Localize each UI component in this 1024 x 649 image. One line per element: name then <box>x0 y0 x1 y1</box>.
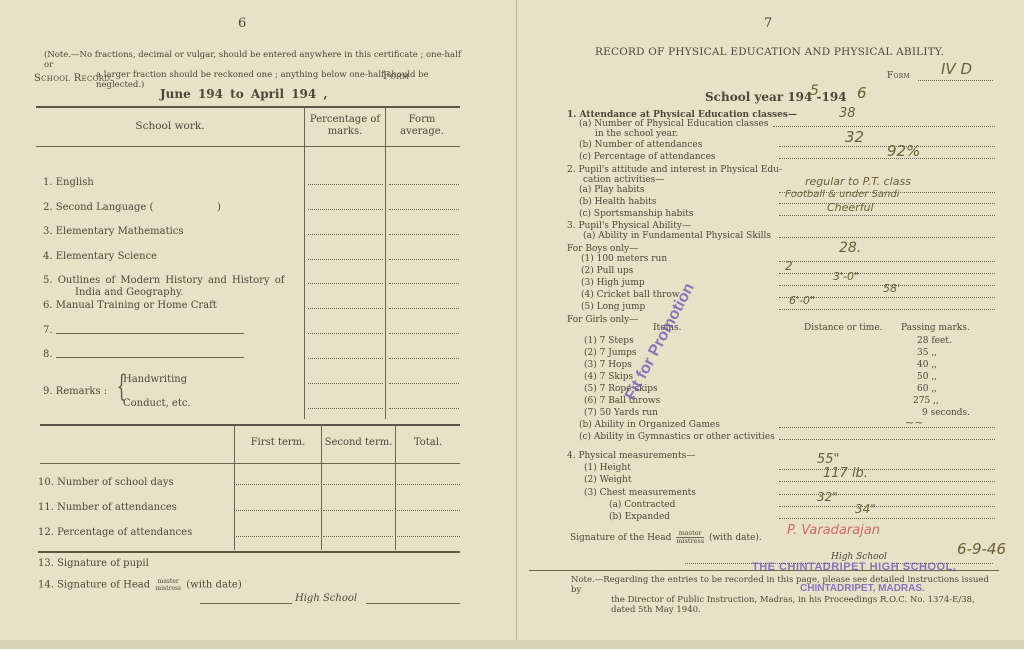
second-term-field[interactable] <box>323 484 393 485</box>
conduct-average-field[interactable] <box>389 408 459 409</box>
pe-classes-value: 38 <box>839 106 856 121</box>
measurement-value: 34" <box>855 502 876 516</box>
high-school-label: High School <box>295 593 357 604</box>
measurement-label: (2) Weight <box>584 475 632 485</box>
remarks-conduct-label: Conduct, etc. <box>123 398 191 409</box>
boys-item-field[interactable] <box>779 261 995 262</box>
subject-blank-field[interactable] <box>56 333 244 334</box>
subject-label-cont: India and Geography. <box>75 287 184 298</box>
average-field[interactable] <box>389 209 459 210</box>
section2-heading: 2. Pupil's attitude and interest in Phys… <box>567 165 782 175</box>
footer-note-line-3: dated 5th May 1940. <box>571 605 1001 615</box>
boys-item-field[interactable] <box>779 309 995 310</box>
total-field[interactable] <box>397 510 460 511</box>
average-field[interactable] <box>389 358 459 359</box>
left-page: 6 (Note.—No fractions, decimal or vulgar… <box>0 0 517 640</box>
boys-item-label: (5) Long jump <box>581 302 645 312</box>
subject-label: 3. Elementary Mathematics <box>43 226 184 237</box>
signature-date: 6-9-46 <box>957 540 1006 558</box>
header-form-average: Form average. <box>392 114 452 138</box>
page-number: 7 <box>764 16 772 31</box>
pe-classes-label-cont: in the school year. <box>595 129 678 139</box>
organized-games-field[interactable] <box>779 427 995 428</box>
school-year-label: School year 194 -194 <box>705 90 847 104</box>
second-term-field[interactable] <box>323 510 393 511</box>
girls-item-passing: 9 seconds. <box>922 408 970 418</box>
footer-note-line-2: the Director of Public Instruction, Madr… <box>571 595 1001 605</box>
header-first-term: First term. <box>235 437 321 448</box>
boys-item-label: (3) High jump <box>581 278 645 288</box>
total-field[interactable] <box>397 536 460 537</box>
girls-only-label: For Girls only— <box>567 315 638 325</box>
boys-item-value: 2 <box>785 259 793 273</box>
subject-label: 7. <box>43 325 53 336</box>
boys-item-field[interactable] <box>779 273 995 274</box>
total-field[interactable] <box>397 484 460 485</box>
pe-percentage-label: (c) Percentage of attendances <box>579 152 716 162</box>
handwriting-average-field[interactable] <box>389 383 459 384</box>
girls-item-passing: 35 ,, <box>917 348 937 358</box>
percentage-field[interactable] <box>308 333 383 334</box>
subject-label: 1. English <box>43 177 94 188</box>
head-signature-text: Signature of the Head <box>570 533 671 543</box>
measurement-field[interactable] <box>779 481 995 482</box>
health-habits-value: Football & under Sandi <box>785 189 900 200</box>
first-term-field[interactable] <box>236 484 319 485</box>
note-line-1: (Note.—No fractions, decimal or vulgar, … <box>44 50 464 70</box>
average-field[interactable] <box>389 234 459 235</box>
fundamental-skills-field[interactable] <box>779 237 995 238</box>
organized-games-label: (b) Ability in Organized Games <box>579 420 720 430</box>
school-stamp-line-1: THE CHINTADRIPET HIGH SCHOOL, <box>752 561 956 573</box>
girls-item-passing: 60 ,, <box>917 384 937 394</box>
play-habits-label: (a) Play habits <box>579 185 645 195</box>
remarks-handwriting-label: Handwriting <box>123 374 187 385</box>
girls-header-distance: Distance or time. <box>804 323 883 333</box>
rule <box>38 551 460 553</box>
master-label: master <box>155 578 181 585</box>
fundamental-skills-label: (a) Ability in Fundamental Physical Skil… <box>583 231 771 241</box>
with-date-label: (with date). <box>709 533 762 543</box>
sportsmanship-field[interactable] <box>779 215 995 216</box>
school-year-start-value: 5 <box>810 83 819 99</box>
subject-label: 8. <box>43 349 53 360</box>
signature-line[interactable] <box>366 603 460 604</box>
attendance-label: 11. Number of attendances <box>38 502 177 513</box>
signature-head-label: 14. Signature of Head master mistress (w… <box>38 578 242 592</box>
right-page: 7 RECORD OF PHYSICAL EDUCATION AND PHYSI… <box>517 0 1024 640</box>
second-term-field[interactable] <box>323 536 393 537</box>
signature-head-text: 14. Signature of Head <box>38 580 150 591</box>
girls-item-label: (1) 7 Steps <box>584 336 634 346</box>
health-habits-field[interactable] <box>779 203 995 204</box>
average-field[interactable] <box>389 259 459 260</box>
girls-item-passing: 50 ,, <box>917 372 937 382</box>
signature-line[interactable] <box>200 603 292 604</box>
footer-note-line-1: Note.—Regarding the entries to be record… <box>571 575 1001 595</box>
measurement-label: (a) Contracted <box>609 500 675 510</box>
pe-attendances-value: 32 <box>845 128 864 146</box>
girls-item-label: (7) 50 Yards run <box>584 408 658 418</box>
percentage-field[interactable] <box>308 184 383 185</box>
play-habits-value: regular to P.T. class <box>805 175 911 188</box>
girls-item-label: (2) 7 Jumps <box>584 348 637 358</box>
first-term-field[interactable] <box>236 536 319 537</box>
header-second-term: Second term. <box>322 437 395 448</box>
section3-heading: 3. Pupil's Physical Ability— <box>567 221 691 231</box>
boys-only-label: For Boys only— <box>567 244 638 254</box>
pe-percentage-value: 92% <box>887 142 920 160</box>
gymnastics-field[interactable] <box>779 439 995 440</box>
form-label: Form <box>383 71 409 82</box>
percentage-field[interactable] <box>308 259 383 260</box>
rule <box>36 106 460 108</box>
measurement-value: 32" <box>817 490 838 504</box>
boys-item-label: (4) Cricket ball throw <box>581 290 680 300</box>
organized-games-value: ~~ <box>905 416 923 429</box>
average-field[interactable] <box>389 283 459 284</box>
subject-label: 2. Second Language ( ) <box>43 202 221 213</box>
form-label: Form <box>887 71 910 81</box>
girls-item-label: (4) 7 Skips <box>584 372 633 382</box>
rule <box>40 463 460 464</box>
percentage-field[interactable] <box>308 308 383 309</box>
period-heading: June 194 to April 194 , <box>160 87 328 101</box>
attendance-label: 10. Number of school days <box>38 477 174 488</box>
boys-item-value: 28. <box>839 240 861 256</box>
average-field[interactable] <box>389 184 459 185</box>
header-total: Total. <box>396 437 460 448</box>
signature-pupil-label: 13. Signature of pupil <box>38 558 149 569</box>
measurement-label: (1) Height <box>584 463 631 473</box>
subject-label: 5. Outlines of Modern History and Histor… <box>43 275 284 286</box>
header-percentage: Percentage of marks. <box>305 114 385 138</box>
boys-item-label: (2) Pull ups <box>581 266 633 276</box>
boys-item-value: 58' <box>883 282 900 295</box>
footer-note: Note.—Regarding the entries to be record… <box>571 575 1001 615</box>
girls-item-label: (6) 7 Ball throws <box>584 396 660 406</box>
measurement-label: (b) Expanded <box>609 512 670 522</box>
measurement-field[interactable] <box>779 518 995 519</box>
pe-classes-label: (a) Number of Physical Education classes <box>579 119 768 129</box>
rule <box>40 424 460 426</box>
girls-item-label: (3) 7 Hops <box>584 360 632 370</box>
measurement-field[interactable] <box>779 469 995 470</box>
average-field[interactable] <box>389 308 459 309</box>
header-school-work: School work. <box>36 120 304 132</box>
school-year-end-value: 6 <box>857 84 867 102</box>
rule <box>36 146 460 147</box>
subject-blank-field[interactable] <box>56 357 244 358</box>
attendance-label: 12. Percentage of attendances <box>38 527 192 538</box>
pe-classes-field[interactable] <box>773 126 995 127</box>
column-divider <box>304 106 305 419</box>
column-divider <box>385 106 386 419</box>
headmaster-signature: P. Varadarajan <box>787 523 880 538</box>
section4-heading: 4. Physical measurements— <box>567 451 695 461</box>
mistress-label: mistress <box>676 538 704 545</box>
health-habits-label: (b) Health habits <box>579 197 656 207</box>
percentage-field[interactable] <box>308 209 383 210</box>
gymnastics-label: (c) Ability in Gymnastics or other activ… <box>579 432 775 442</box>
page-number: 6 <box>238 16 246 31</box>
with-date-label: (with date) <box>186 580 242 591</box>
page-title: RECORD OF PHYSICAL EDUCATION AND PHYSICA… <box>595 46 944 58</box>
boys-item-value: 3'-0" <box>833 270 859 283</box>
boys-item-value: 6'-0" <box>789 294 815 307</box>
subject-label: 6. Manual Training or Home Craft <box>43 300 217 311</box>
measurement-field[interactable] <box>779 506 995 507</box>
average-field[interactable] <box>389 333 459 334</box>
form-field[interactable] <box>918 80 993 81</box>
girls-header-passing: Passing marks. <box>901 323 970 333</box>
school-stamp-line-2: CHINTADRIPET, MADRAS. <box>800 583 925 594</box>
girls-item-passing: 28 feet. <box>917 336 952 346</box>
school-year-heading: School year 194 -194 <box>705 90 847 104</box>
conduct-field[interactable] <box>308 408 383 409</box>
percentage-field[interactable] <box>308 358 383 359</box>
measurement-value: 55" <box>817 452 840 467</box>
mistress-label: mistress <box>155 585 181 592</box>
pe-attendances-label: (b) Number of attendances <box>579 140 702 150</box>
girls-item-passing: 275 ,, <box>913 396 939 406</box>
note-text: (Note.—No fractions, decimal or vulgar, … <box>44 50 464 90</box>
measurement-field[interactable] <box>779 494 995 495</box>
head-signature-label: Signature of the Head master mistress (w… <box>570 530 762 545</box>
first-term-field[interactable] <box>236 510 319 511</box>
remarks-label: 9. Remarks : <box>43 386 107 397</box>
school-record-label: School Record. <box>34 73 114 84</box>
section2-heading-cont: cation activities— <box>583 175 664 185</box>
percentage-field[interactable] <box>308 234 383 235</box>
measurement-label: (3) Chest measurements <box>584 488 696 498</box>
handwriting-field[interactable] <box>308 383 383 384</box>
measurement-value: 117 lb. <box>823 466 868 481</box>
subject-label: 4. Elementary Science <box>43 251 157 262</box>
boys-item-label: (1) 100 meters run <box>581 254 667 264</box>
sportsmanship-label: (c) Sportsmanship habits <box>579 209 693 219</box>
percentage-field[interactable] <box>308 283 383 284</box>
form-value: IV D <box>941 60 972 78</box>
girls-item-passing: 40 ,, <box>917 360 937 370</box>
sportsmanship-value: Cheerful <box>827 201 874 214</box>
